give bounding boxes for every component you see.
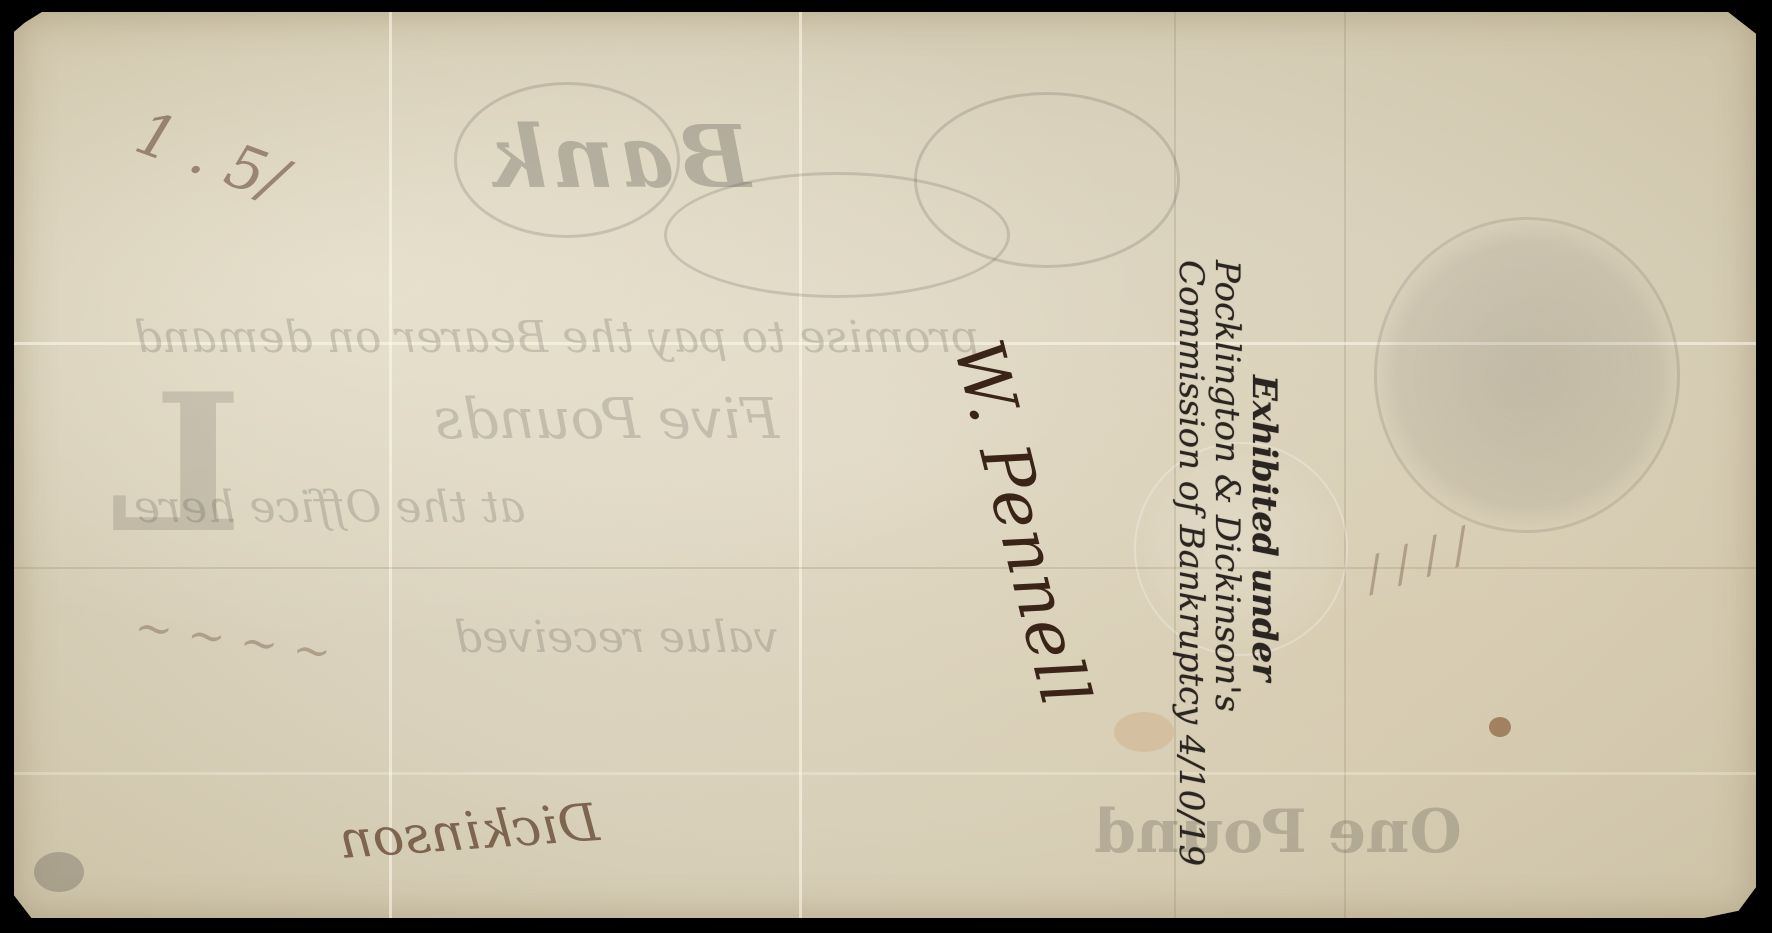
banknote: Bank promise to pay the Bearer on demand…	[14, 12, 1756, 918]
bleed-through-bottom-text: One Pound	[1094, 797, 1462, 867]
signature-main: W. Pennell	[937, 332, 1104, 715]
faint-handwriting: ~ ~ ~ ~	[131, 598, 335, 679]
bleed-through-line: value received	[454, 612, 778, 663]
bleed-through-line: at the Office here	[134, 482, 525, 533]
stain	[34, 852, 84, 892]
scan-frame: Bank promise to pay the Bearer on demand…	[0, 0, 1772, 933]
flourish-ornament	[454, 82, 680, 238]
stamp-line: Exhibited under	[1245, 260, 1282, 800]
bleed-through-denomination: L	[109, 352, 243, 575]
signature-bottom: Dickinson	[337, 793, 601, 871]
bleed-through-line: promise to pay the Bearer on demand	[134, 312, 980, 363]
fold-crease	[799, 12, 802, 918]
fold-crease	[14, 772, 1756, 775]
stain	[1114, 712, 1174, 752]
fold-crease	[389, 12, 392, 918]
handwritten-mark: 1 . 5/	[127, 98, 295, 216]
stamp-line: Commission of Bankruptcy 4/10/19	[1172, 260, 1209, 800]
bleed-through-line: Five Pounds	[434, 387, 779, 452]
circular-vignette	[1374, 217, 1680, 533]
fold-crease	[1344, 12, 1346, 918]
stain	[1489, 717, 1511, 737]
fold-crease	[14, 567, 1756, 569]
stamp-line: Pocklington & Dickinson's	[1209, 260, 1246, 800]
faint-handwriting: / / / /	[1358, 517, 1475, 601]
flourish-ornament	[664, 172, 1010, 298]
